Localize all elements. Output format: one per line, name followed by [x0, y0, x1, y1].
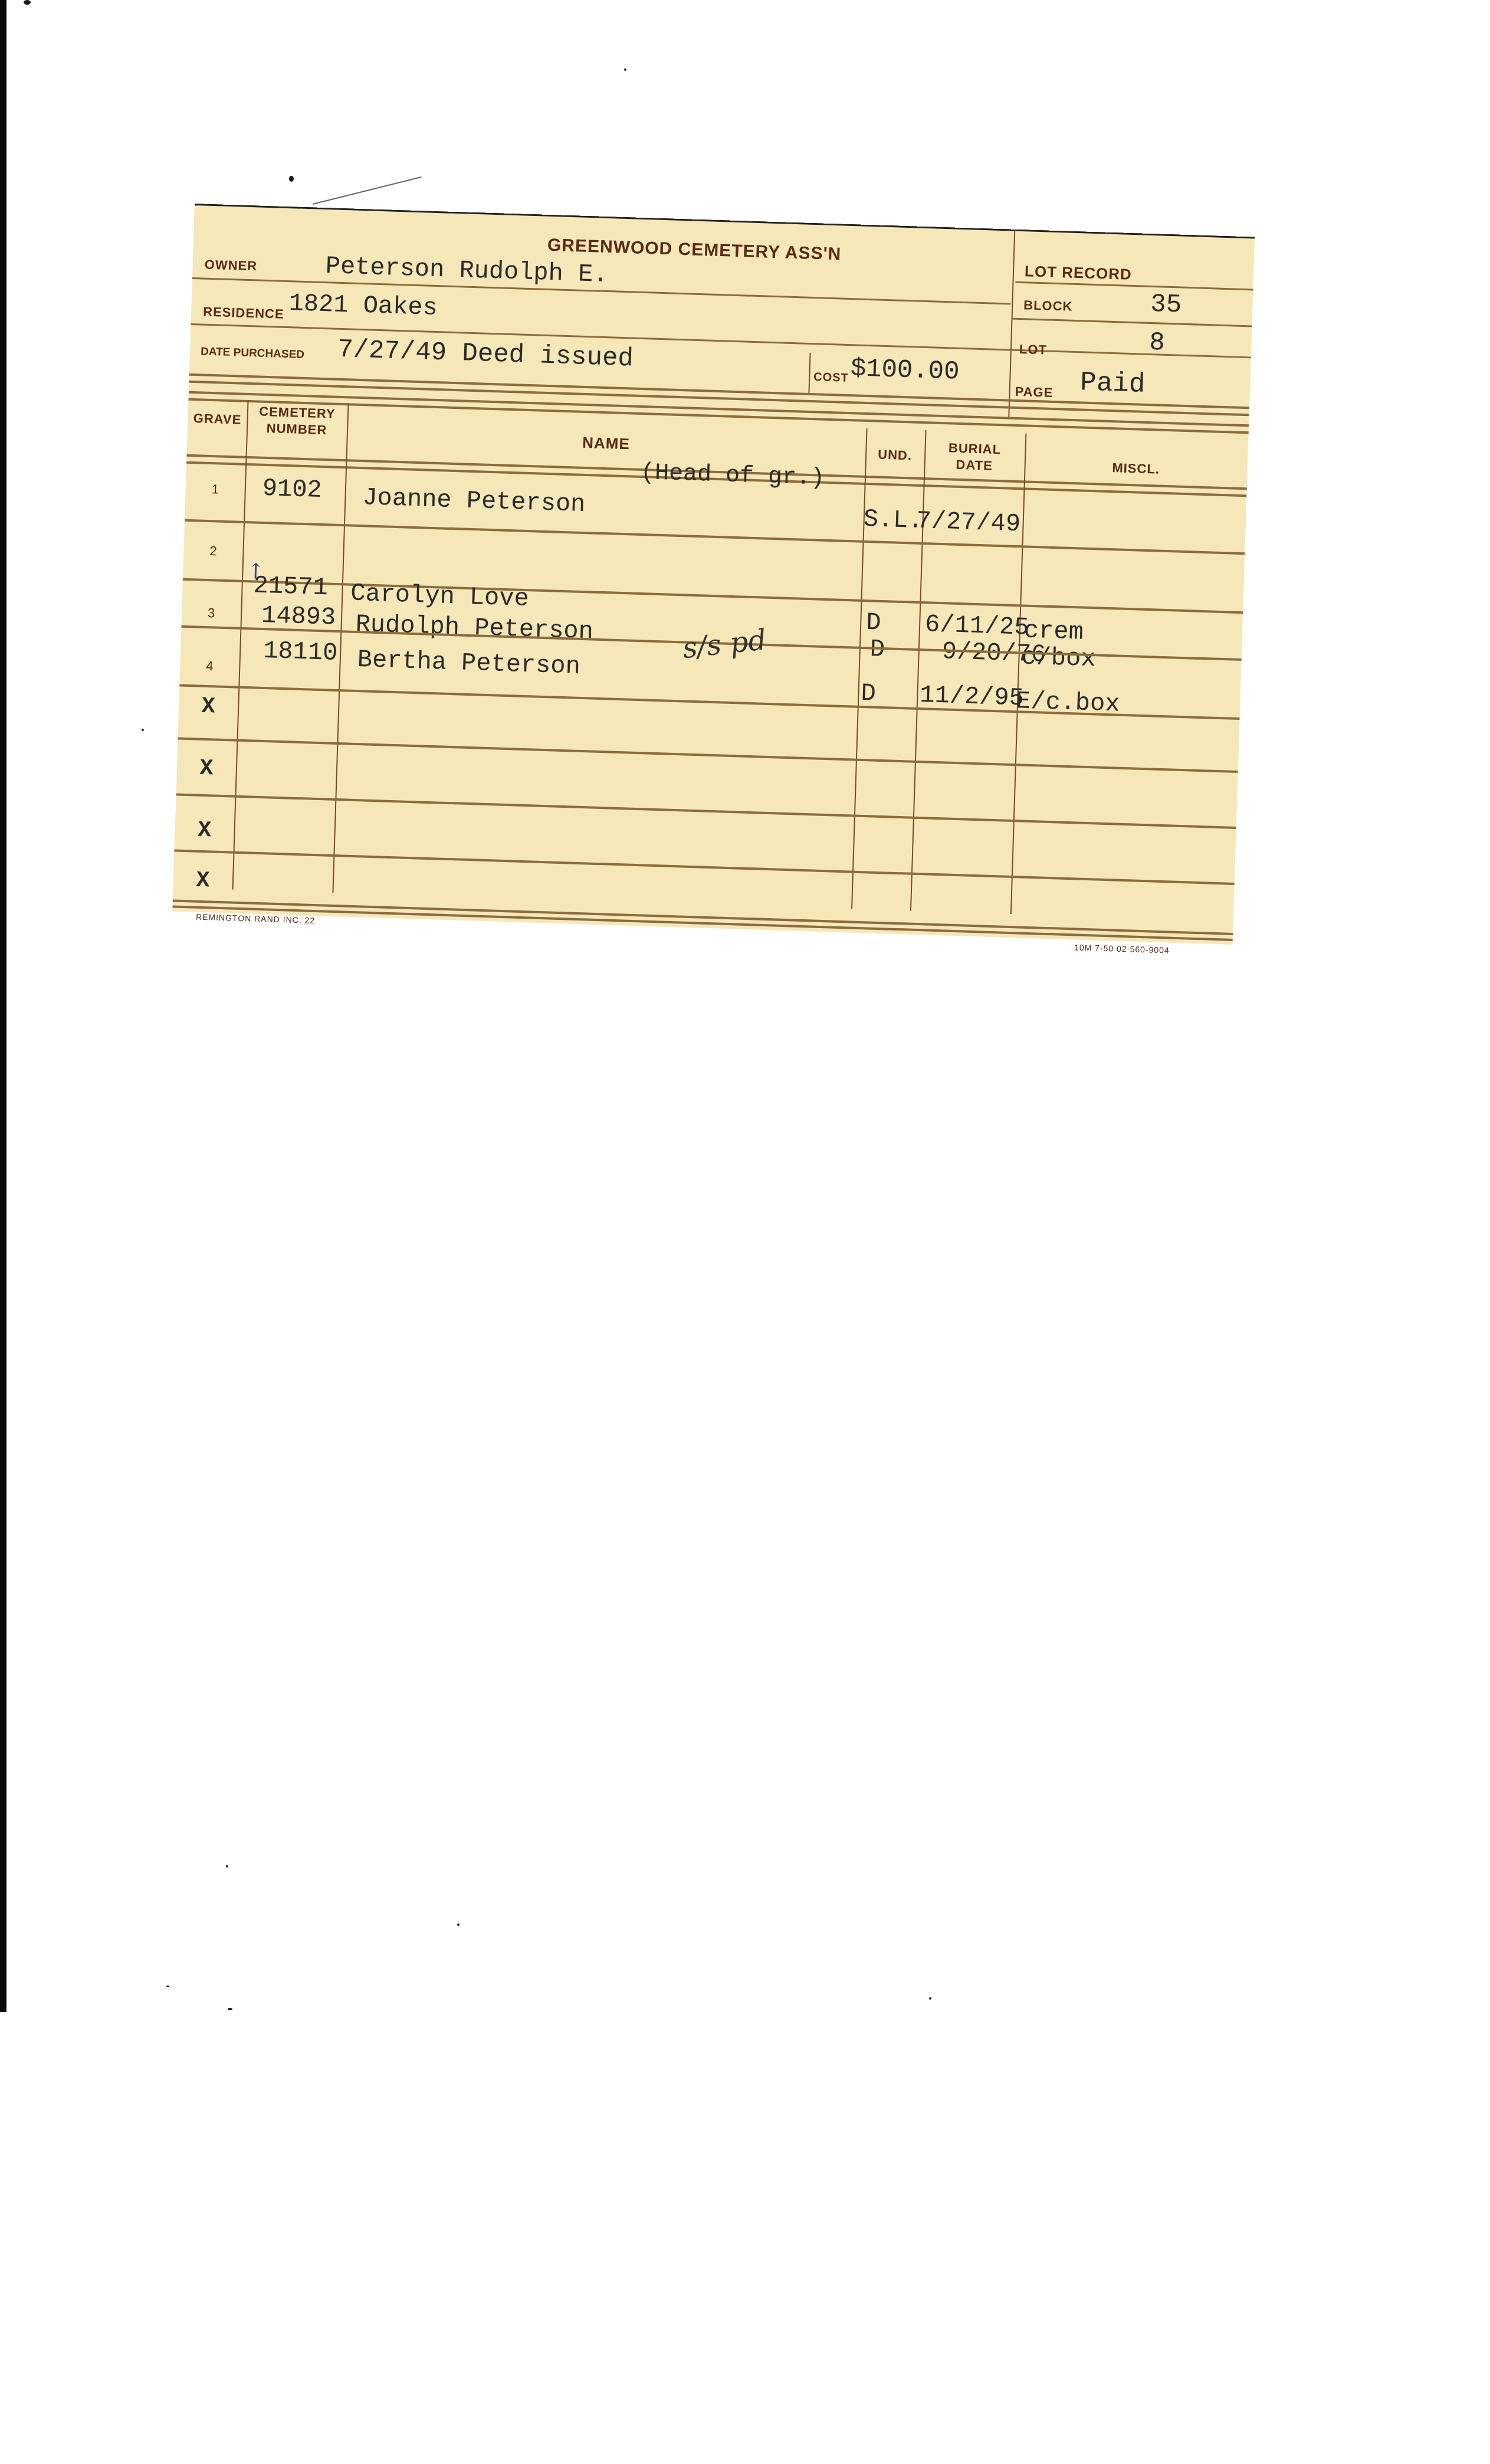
date-purchased-value: 7/27/49 Deed issued	[337, 335, 634, 374]
lot-label: LOT	[1019, 342, 1048, 358]
block-value: 35	[1150, 290, 1182, 320]
cemetery-number: 14893	[261, 601, 336, 632]
lot-record-card: GREENWOOD CEMETERY ASS'N LOT RECORD OWNE…	[172, 204, 1255, 945]
stray-pencil-line	[313, 176, 422, 205]
scan-speck	[929, 1997, 931, 2000]
page-value: Paid	[1079, 367, 1146, 399]
head-of-grave-note: (Head of gr.)	[640, 460, 825, 492]
scan-speck	[24, 0, 31, 5]
undertaker: S.L.	[863, 505, 923, 535]
deceased-name: Bertha Peterson	[357, 646, 580, 681]
scan-speck	[457, 1924, 460, 1926]
page-label: PAGE	[1015, 384, 1053, 401]
deceased-name: Carolyn Love	[350, 579, 530, 613]
cemetery-number: 9102	[262, 474, 322, 504]
form-number: 10M 7-50 02 560-9004	[1074, 942, 1170, 955]
handwritten-note: s/s pd	[681, 623, 767, 665]
grave-number: 3	[182, 605, 241, 622]
residence-label: RESIDENCE	[203, 304, 284, 322]
scan-speck	[166, 1985, 169, 1987]
undertaker: D	[866, 608, 882, 637]
deceased-name: Rudolph Peterson	[355, 610, 594, 646]
column-line	[851, 428, 868, 909]
rule	[1015, 281, 1253, 291]
header-line: CEMETERY	[247, 403, 348, 422]
undertaker: D	[861, 679, 877, 708]
burial-date: 6/11/25	[924, 610, 1029, 642]
lot-record-heading: LOT RECORD	[1025, 262, 1133, 284]
rule	[1012, 318, 1252, 327]
lot-record-divider	[1008, 230, 1015, 418]
crossed-grave-mark: X	[173, 867, 232, 894]
crossed-grave-mark: X	[175, 817, 234, 844]
grave-number: 2	[183, 543, 243, 560]
header-line: NUMBER	[247, 420, 347, 439]
crossed-grave-mark: X	[179, 693, 238, 720]
column-header-name: NAME	[346, 427, 865, 460]
rule	[172, 905, 1232, 941]
miscl-note: c/box	[1021, 643, 1096, 673]
scan-speck	[228, 2008, 232, 2010]
scan-speck	[226, 1865, 228, 1867]
cemetery-number: 21571	[253, 571, 328, 602]
crossed-grave-mark: X	[176, 755, 236, 782]
date-purchased-label: DATE PURCHASED	[201, 345, 305, 362]
owner-label: OWNER	[204, 257, 257, 274]
scan-speck	[624, 68, 626, 71]
residence-value: 1821 Oakes	[288, 289, 438, 322]
cost-divider	[808, 353, 810, 394]
column-line	[232, 400, 249, 890]
scan-speck	[289, 176, 294, 182]
scan-speck	[142, 729, 144, 731]
header-line: DATE	[924, 456, 1025, 475]
burial-date: 7/27/49	[916, 507, 1021, 539]
cost-value: $100.00	[850, 354, 960, 387]
printer-imprint: REMINGTON RAND INC. 22	[196, 912, 316, 925]
lot-value: 8	[1149, 328, 1166, 358]
column-header-miscl: MISCL.	[1024, 457, 1248, 480]
deceased-name: Joanne Peterson	[362, 483, 586, 519]
column-header-cemetery-number: CEMETERY NUMBER	[247, 403, 348, 439]
block-label: BLOCK	[1023, 297, 1073, 314]
cemetery-number: 18110	[262, 637, 337, 667]
column-line	[1010, 433, 1027, 914]
column-header-grave: GRAVE	[188, 410, 247, 428]
grave-number: 4	[180, 658, 239, 675]
column-line	[910, 430, 927, 911]
column-header-und: UND.	[865, 446, 925, 464]
grave-number: 1	[185, 481, 245, 498]
column-header-burial-date: BURIAL DATE	[924, 439, 1025, 475]
rule	[173, 899, 1233, 935]
scan-edge-shadow	[0, 0, 6, 2012]
cost-label: COST	[813, 371, 849, 385]
